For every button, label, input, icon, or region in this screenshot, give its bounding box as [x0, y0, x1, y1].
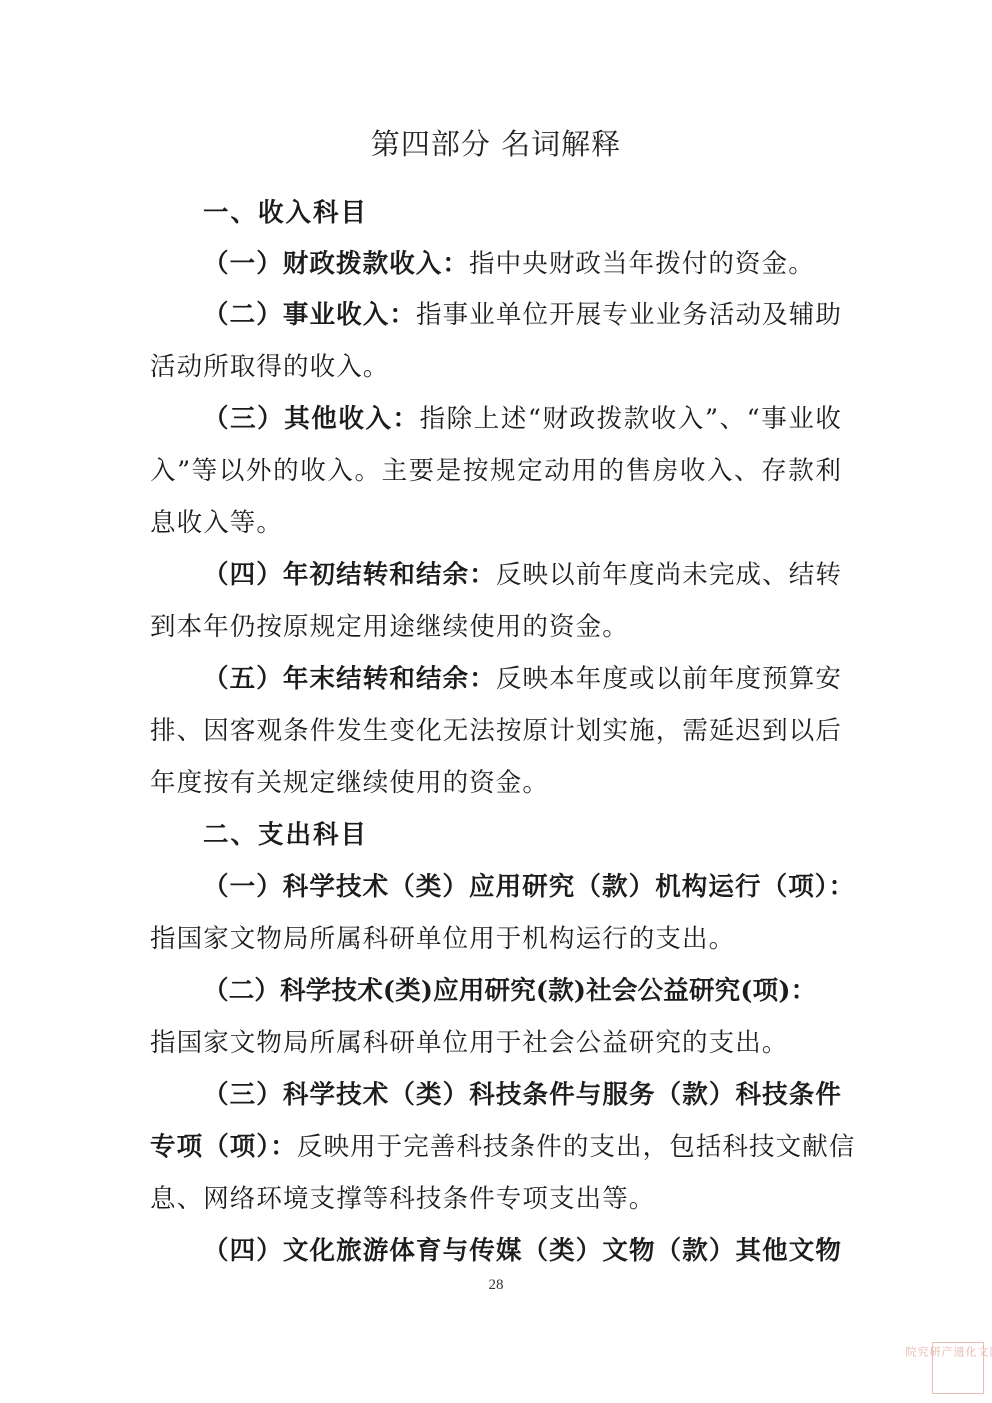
expense-item-3-cont: 专项（项）：反映用于完善科技条件的支出，包括科技文献信	[150, 1130, 842, 1164]
income-item-3: （三）其他收入：指除上述“财政拨款收入”、“事业收	[203, 402, 842, 436]
page-title: 第四部分 名词解释	[0, 122, 992, 163]
income-item-4-cont: 到本年仍按原规定用途继续使用的资金。	[150, 610, 842, 644]
definition: 指中央财政当年拨付的资金。	[469, 249, 815, 279]
expense-item-1-definition: 指国家文物局所属科研单位用于机构运行的支出。	[150, 922, 842, 956]
term: （二）事业收入：	[203, 300, 416, 330]
income-item-2: （二）事业收入：指事业单位开展专业业务活动及辅助	[203, 298, 842, 332]
page-number: 28	[0, 1277, 992, 1294]
definition: 指事业单位开展专业业务活动及辅助	[416, 300, 842, 330]
income-item-3-cont2: 息收入等。	[150, 506, 842, 540]
term: （五）年末结转和结余：	[203, 664, 496, 694]
term-cont: 专项（项）：	[150, 1132, 297, 1162]
section-heading-income: 一、收入科目	[203, 196, 895, 230]
expense-item-2: （二）科学技术(类)应用研究(款)社会公益研究(项)：	[203, 974, 842, 1008]
term: （一）科学技术（类）应用研究（款）机构运行（项）：	[203, 872, 855, 902]
term: （四）年初结转和结余：	[203, 560, 496, 590]
expense-item-3: （三）科学技术（类）科技条件与服务（款）科技条件	[203, 1078, 842, 1112]
official-seal-stamp: 中国文化遗产研究院	[932, 1342, 984, 1394]
term: （一）财政拨款收入：	[203, 249, 469, 279]
income-item-5-cont: 排、因客观条件发生变化无法按原计划实施，需延迟到以后	[150, 714, 842, 748]
document-page: 第四部分 名词解释 一、收入科目 （一）财政拨款收入：指中央财政当年拨付的资金。…	[0, 0, 992, 1403]
term: （三）科学技术（类）科技条件与服务（款）科技条件	[203, 1080, 842, 1110]
definition: 指除上述“财政拨款收入”、“事业收	[420, 404, 842, 434]
expense-item-4: （四）文化旅游体育与传媒（类）文物（款）其他文物	[203, 1234, 842, 1268]
income-item-3-cont: 入”等以外的收入。主要是按规定动用的售房收入、存款利	[150, 454, 842, 488]
income-item-5-cont2: 年度按有关规定继续使用的资金。	[150, 766, 842, 800]
income-item-1: （一）财政拨款收入：指中央财政当年拨付的资金。	[203, 247, 842, 281]
section-heading-expense: 二、支出科目	[203, 818, 895, 852]
income-item-5: （五）年末结转和结余：反映本年度或以前年度预算安	[203, 662, 842, 696]
definition: 反映以前年度尚未完成、结转	[496, 560, 842, 590]
term: （四）文化旅游体育与传媒（类）文物（款）其他文物	[203, 1236, 842, 1266]
term: （三）其他收入：	[203, 404, 420, 434]
definition: 反映用于完善科技条件的支出，包括科技文献信	[297, 1132, 856, 1162]
term: （二）科学技术(类)应用研究(款)社会公益研究(项)：	[203, 976, 816, 1006]
income-item-2-cont: 活动所取得的收入。	[150, 350, 842, 384]
expense-item-1: （一）科学技术（类）应用研究（款）机构运行（项）：	[203, 870, 842, 904]
definition: 反映本年度或以前年度预算安	[496, 664, 842, 694]
expense-item-2-definition: 指国家文物局所属科研单位用于社会公益研究的支出。	[150, 1026, 842, 1060]
income-item-4: （四）年初结转和结余：反映以前年度尚未完成、结转	[203, 558, 842, 592]
expense-item-3-cont2: 息、网络环境支撑等科技条件专项支出等。	[150, 1182, 842, 1216]
